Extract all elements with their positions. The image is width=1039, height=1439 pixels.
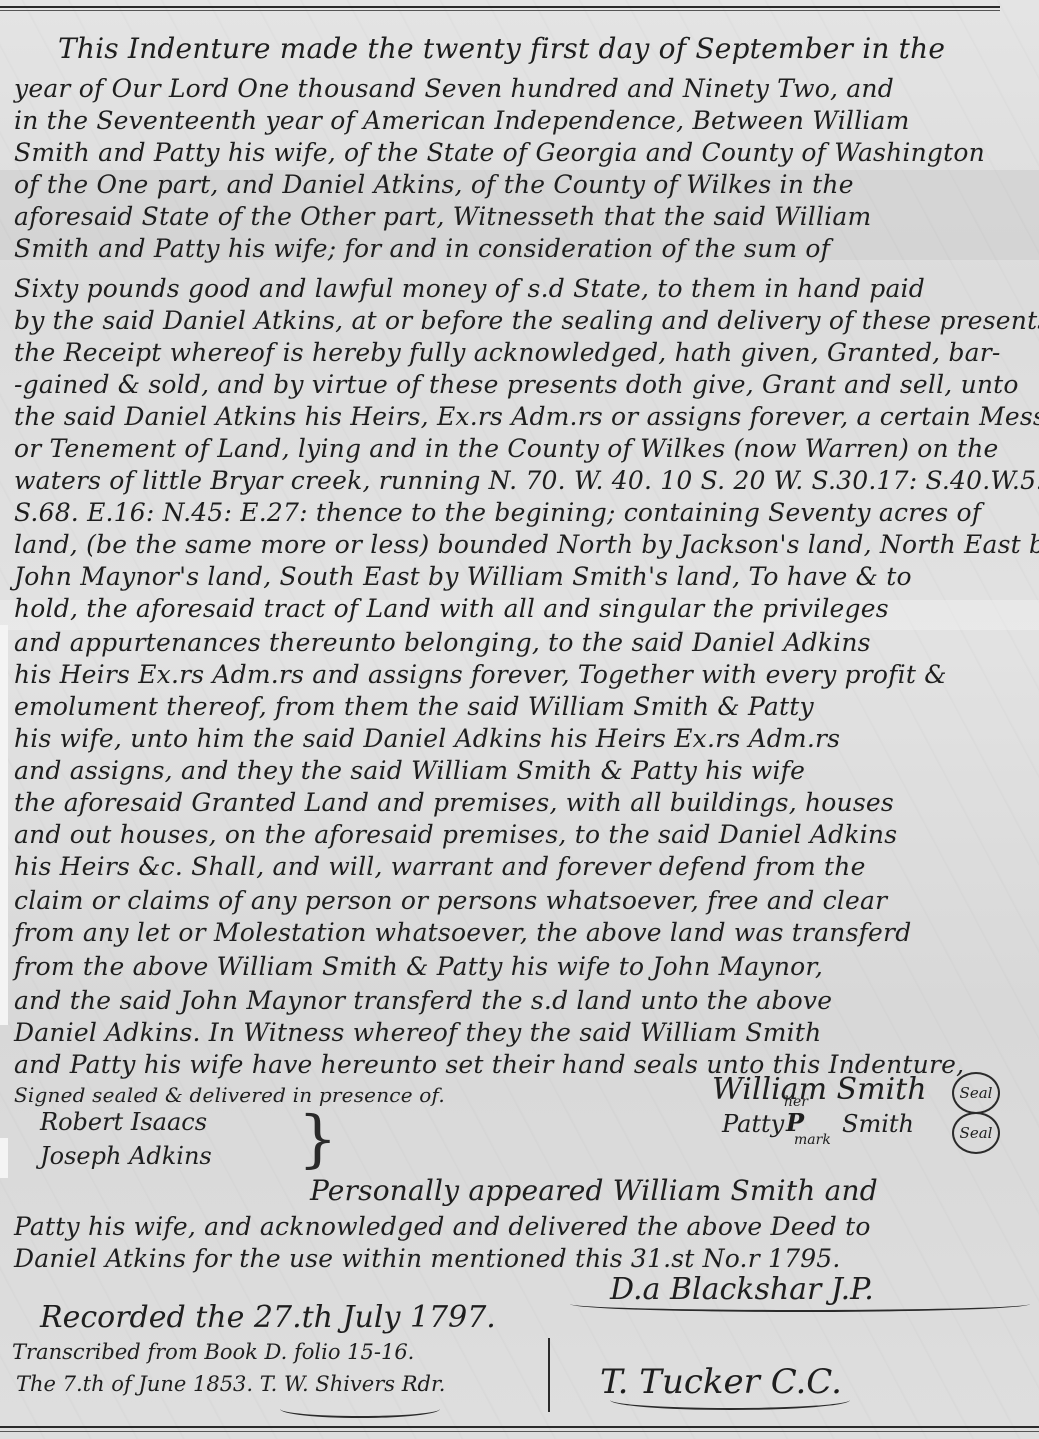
bottom-rule-secondary [0,1431,1039,1432]
transcription-note: The 7.th of June 1853. T. W. Shivers Rdr… [16,1372,445,1396]
deed-line: waters of little Bryar creek, running N.… [14,466,1039,496]
seal-icon: Seal [952,1072,1000,1114]
deed-line: of the One part, and Daniel Atkins, of t… [14,170,854,200]
signature-flourish [280,1400,440,1418]
deed-line: and appurtenances thereunto belonging, t… [14,628,871,658]
top-rule-secondary [0,10,1000,11]
deed-line: and assigns, and they the said William S… [14,756,805,786]
witness-name: Joseph Adkins [40,1142,212,1170]
deed-line: emolument thereof, from them the said Wi… [14,692,814,722]
scan-edge-strip [0,1138,8,1178]
deed-page: This Indenture made the twenty first day… [0,0,1039,1439]
deed-line: Sixty pounds good and lawful money of s.… [14,274,925,304]
deed-line-opening: This Indenture made the twenty first day… [58,34,945,64]
witness-brace: } [298,1108,337,1170]
deed-line: -gained & sold, and by virtue of these p… [14,370,1019,400]
deed-line: the aforesaid Granted Land and premises,… [14,788,894,818]
deed-line: the said Daniel Atkins his Heirs, Ex.rs … [14,402,1039,432]
deed-line: his Heirs Ex.rs Adm.rs and assigns forev… [14,660,947,690]
transcription-bracket [548,1338,550,1412]
deed-line: aforesaid State of the Other part, Witne… [14,202,871,232]
transcription-note: Transcribed from Book D. folio 15-16. [12,1340,414,1364]
deed-line: the Receipt whereof is hereby fully ackn… [14,338,1001,368]
deed-line: year of Our Lord One thousand Seven hund… [14,74,894,104]
deed-line: Smith and Patty his wife, of the State o… [14,138,985,168]
deed-line-signed-sealed: Signed sealed & delivered in presence of… [14,1080,445,1110]
witness-name: Robert Isaacs [40,1108,207,1136]
seal-icon: Seal [952,1112,1000,1154]
deed-line: his wife, unto him the said Daniel Adkin… [14,724,840,754]
bottom-rule [0,1426,1039,1428]
deed-line: claim or claims of any person or persons… [14,886,887,916]
deed-line: hold, the aforesaid tract of Land with a… [14,594,889,624]
deed-line: Smith and Patty his wife; for and in con… [14,234,830,264]
acknowledgment-line: Personally appeared William Smith and [310,1176,878,1206]
deed-line: and the said John Maynor transferd the s… [14,986,832,1016]
grantor-signature-william-smith: William Smith [712,1072,927,1107]
deed-line: by the said Daniel Atkins, at or before … [14,306,1039,336]
seal-label: Seal [960,1124,993,1142]
mark-label-mark: mark [794,1132,831,1148]
deed-line: and out houses, on the aforesaid premise… [14,820,897,850]
deed-line: John Maynor's land, South East by Willia… [14,562,912,592]
deed-line: land, (be the same more or less) bounded… [14,530,1039,560]
seal-label: Seal [960,1084,993,1102]
recorded-date: Recorded the 27.th July 1797. [40,1300,496,1335]
top-rule [0,6,1000,8]
signature-flourish [570,1296,1030,1312]
acknowledgment-line: Patty his wife, and acknowledged and del… [14,1212,871,1242]
deed-line: his Heirs &c. Shall, and will, warrant a… [14,852,866,882]
deed-line: Daniel Adkins. In Witness whereof they t… [14,1018,821,1048]
grantor-signature-patty: Patty [722,1110,784,1138]
deed-line: from the above William Smith & Patty his… [14,952,823,982]
signature-flourish [610,1390,850,1410]
scan-edge-strip [0,625,8,1025]
deed-line: or Tenement of Land, lying and in the Co… [14,434,999,464]
deed-line: in the Seventeenth year of American Inde… [14,106,910,136]
deed-line: from any let or Molestation whatsoever, … [14,918,911,948]
deed-line: S.68. E.16: N.45: E.27: thence to the be… [14,498,981,528]
acknowledgment-line: Daniel Atkins for the use within mention… [14,1244,841,1274]
grantor-signature-smith: Smith [842,1110,914,1138]
